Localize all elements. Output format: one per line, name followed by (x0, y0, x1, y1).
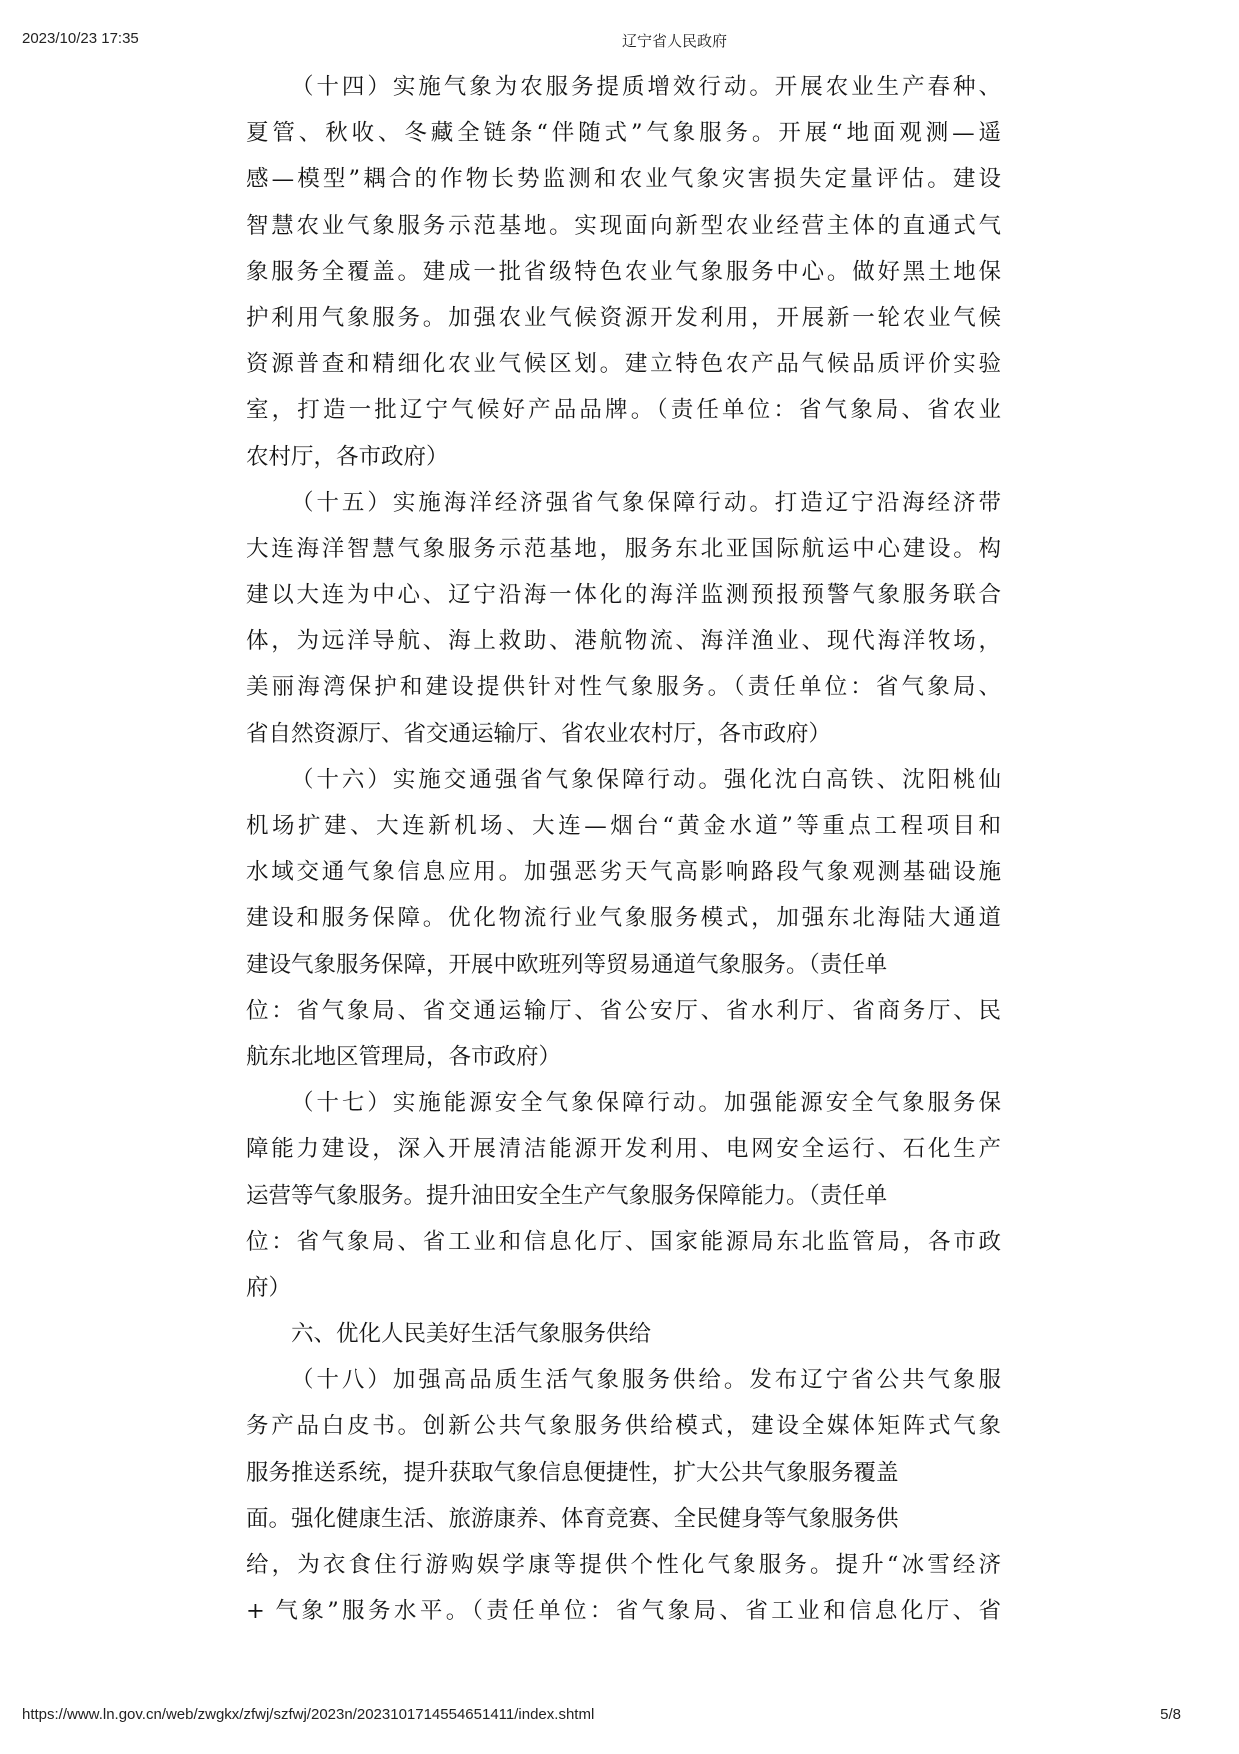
paragraph-line: （十七）实施能源安全气象保障行动。加强能源安全气象服务保 (246, 1080, 1001, 1126)
paragraph-line: （十八）加强高品质生活气象服务供给。发布辽宁省公共气象服 (246, 1357, 1001, 1403)
page-header-title: 辽宁省人民政府 (0, 30, 1239, 51)
page-number: 5/8 (1160, 1706, 1181, 1723)
paragraph-line: 位：省气象局、省工业和信息化厅、国家能源局东北监管局，各市政 (246, 1219, 1001, 1265)
document-body: （十四）实施气象为农服务提质增效行动。开展农业生产春种、 夏管、秋收、冬藏全链条… (246, 64, 1001, 1634)
page-url: https://www.ln.gov.cn/web/zwgkx/zfwj/szf… (22, 1706, 594, 1723)
paragraph-line: 运营等气象服务。提升油田安全生产气象服务保障能力。（责任单 (246, 1173, 1001, 1219)
paragraph-line: 室，打造一批辽宁气候好产品品牌。（责任单位：省气象局、省农业 (246, 387, 1001, 433)
paragraph-line: 障能力建设，深入开展清洁能源开发利用、电网安全运行、石化生产 (246, 1126, 1001, 1172)
paragraph-line: 面。强化健康生活、旅游康养、体育竞赛、全民健身等气象服务供 (246, 1496, 1001, 1542)
paragraph-line: 务产品白皮书。创新公共气象服务供给模式，建设全媒体矩阵式气象 (246, 1403, 1001, 1449)
paragraph-line: + 气象”服务水平。（责任单位：省气象局、省工业和信息化厅、省 (246, 1588, 1001, 1634)
paragraph-line: 大连海洋智慧气象服务示范基地，服务东北亚国际航运中心建设。构 (246, 526, 1001, 572)
paragraph-line: 机场扩建、大连新机场、大连—烟台“黄金水道”等重点工程项目和 (246, 803, 1001, 849)
paragraph-line: 建设气象服务保障，开展中欧班列等贸易通道气象服务。（责任单 (246, 942, 1001, 988)
paragraph-line: 夏管、秋收、冬藏全链条“伴随式”气象服务。开展“地面观测—遥 (246, 110, 1001, 156)
paragraph-line: 服务推送系统，提升获取气象信息便捷性，扩大公共气象服务覆盖 (246, 1450, 1001, 1496)
paragraph-line: 美丽海湾保护和建设提供针对性气象服务。（责任单位：省气象局、 (246, 664, 1001, 710)
paragraph-line: 府） (246, 1265, 1001, 1311)
paragraph-line: 资源普查和精细化农业气候区划。建立特色农产品气候品质评价实验 (246, 341, 1001, 387)
paragraph-line: 体，为远洋导航、海上救助、港航物流、海洋渔业、现代海洋牧场， (246, 618, 1001, 664)
paragraph-line: 农村厅，各市政府） (246, 434, 1001, 480)
paragraph-line: 位：省气象局、省交通运输厅、省公安厅、省水利厅、省商务厅、民 (246, 988, 1001, 1034)
paragraph-line: 智慧农业气象服务示范基地。实现面向新型农业经营主体的直通式气 (246, 203, 1001, 249)
paragraph-line: （十五）实施海洋经济强省气象保障行动。打造辽宁沿海经济带 (246, 480, 1001, 526)
paragraph-line: （十四）实施气象为农服务提质增效行动。开展农业生产春种、 (246, 64, 1001, 110)
paragraph-line: 水域交通气象信息应用。加强恶劣天气高影响路段气象观测基础设施 (246, 849, 1001, 895)
paragraph-line: 建以大连为中心、辽宁沿海一体化的海洋监测预报预警气象服务联合 (246, 572, 1001, 618)
paragraph-line: 象服务全覆盖。建成一批省级特色农业气象服务中心。做好黑土地保 (246, 249, 1001, 295)
paragraph-line: 建设和服务保障。优化物流行业气象服务模式，加强东北海陆大通道 (246, 895, 1001, 941)
paragraph-line: 感—模型”耦合的作物长势监测和农业气象灾害损失定量评估。建设 (246, 156, 1001, 202)
paragraph-line: 给，为衣食住行游购娱学康等提供个性化气象服务。提升“冰雪经济 (246, 1542, 1001, 1588)
paragraph-line: 航东北地区管理局，各市政府） (246, 1034, 1001, 1080)
paragraph-line: 省自然资源厅、省交通运输厅、省农业农村厅，各市政府） (246, 711, 1001, 757)
paragraph-line: （十六）实施交通强省气象保障行动。强化沈白高铁、沈阳桃仙 (246, 757, 1001, 803)
site-title: 辽宁省人民政府 (622, 32, 727, 50)
paragraph-line: 护利用气象服务。加强农业气候资源开发利用，开展新一轮农业气候 (246, 295, 1001, 341)
section-heading: 六、优化人民美好生活气象服务供给 (246, 1311, 1001, 1357)
